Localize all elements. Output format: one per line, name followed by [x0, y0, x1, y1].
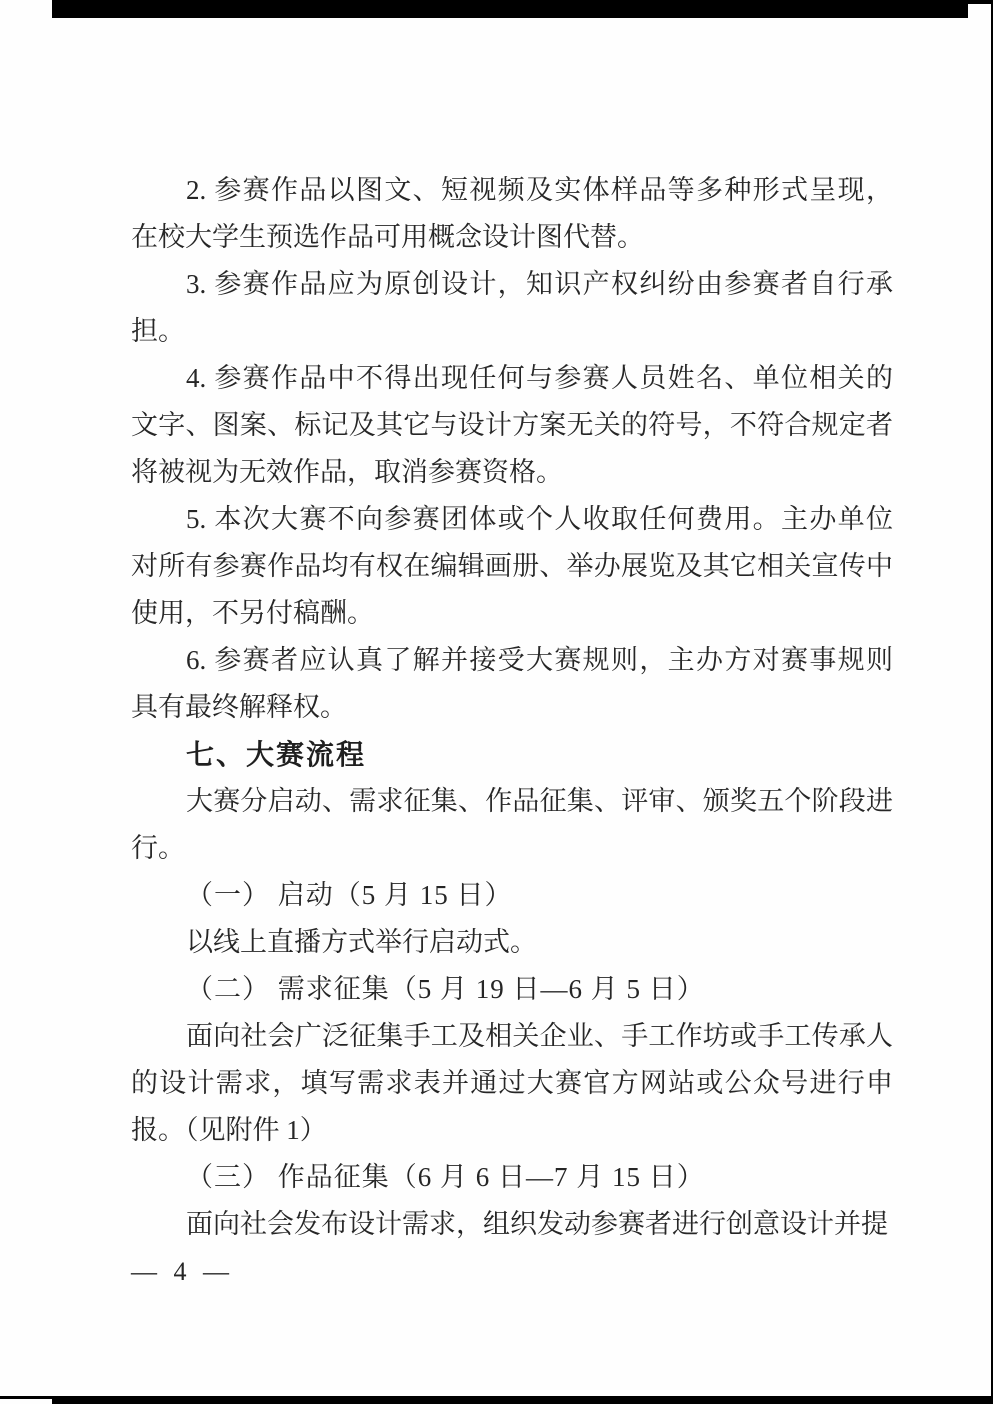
paragraph: 3. 参赛作品应为原创设计，知识产权纠纷由参赛者自行承担。 — [131, 261, 893, 355]
scan-artifact-bottom-left-line — [0, 1396, 52, 1399]
text-line: 文字、图案、标记及其它与设计方案无关的符号，不符合规定者 — [131, 402, 893, 449]
scan-artifact-top-right-strip — [968, 0, 993, 4]
scan-artifact-bottom-bar — [52, 1396, 993, 1404]
paragraph: 以线上直播方式举行启动式。 — [131, 919, 893, 966]
text-line: 2. 参赛作品以图文、短视频及实体样品等多种形式呈现， — [131, 167, 893, 214]
stage-subheading: （二） 需求征集（5 月 19 日—6 月 5 日） — [131, 966, 893, 1013]
text-line: 3. 参赛作品应为原创设计，知识产权纠纷由参赛者自行承 — [131, 261, 893, 308]
text-line: 5. 本次大赛不向参赛团体或个人收取任何费用。主办单位 — [131, 496, 893, 543]
scanned-document-page: 2. 参赛作品以图文、短视频及实体样品等多种形式呈现，在校大学生预选作品可用概念… — [0, 0, 993, 1404]
paragraph: 面向社会广泛征集手工及相关企业、手工作坊或手工传承人的设计需求，填写需求表并通过… — [131, 1013, 893, 1154]
text-line: 七、大赛流程 — [131, 731, 893, 778]
section-heading: 七、大赛流程 — [131, 731, 893, 778]
text-line: 6. 参赛者应认真了解并接受大赛规则，主办方对赛事规则 — [131, 637, 893, 684]
paragraph: 6. 参赛者应认真了解并接受大赛规则，主办方对赛事规则具有最终解释权。 — [131, 637, 893, 731]
text-line: 面向社会广泛征集手工及相关企业、手工作坊或手工传承人 — [131, 1013, 893, 1060]
text-line: 报。（见附件 1） — [131, 1107, 893, 1154]
text-line: 使用，不另付稿酬。 — [131, 590, 893, 637]
page-number: — 4 — — [131, 1252, 229, 1292]
text-line: 对所有参赛作品均有权在编辑画册、举办展览及其它相关宣传中 — [131, 543, 893, 590]
text-line: （二） 需求征集（5 月 19 日—6 月 5 日） — [131, 966, 893, 1013]
scan-artifact-top-bar — [52, 0, 968, 18]
text-line: （三） 作品征集（6 月 6 日—7 月 15 日） — [131, 1154, 893, 1201]
text-line: 行。 — [131, 825, 893, 872]
paragraph: 面向社会发布设计需求，组织发动参赛者进行创意设计并提 — [131, 1201, 893, 1248]
stage-subheading: （一） 启动（5 月 15 日） — [131, 872, 893, 919]
text-line: 具有最终解释权。 — [131, 684, 893, 731]
paragraph: 4. 参赛作品中不得出现任何与参赛人员姓名、单位相关的文字、图案、标记及其它与设… — [131, 355, 893, 496]
text-line: 4. 参赛作品中不得出现任何与参赛人员姓名、单位相关的 — [131, 355, 893, 402]
paragraph: 5. 本次大赛不向参赛团体或个人收取任何费用。主办单位对所有参赛作品均有权在编辑… — [131, 496, 893, 637]
text-line: 的设计需求，填写需求表并通过大赛官方网站或公众号进行申 — [131, 1060, 893, 1107]
text-line: 大赛分启动、需求征集、作品征集、评审、颁奖五个阶段进 — [131, 778, 893, 825]
text-line: （一） 启动（5 月 15 日） — [131, 872, 893, 919]
paragraph: 2. 参赛作品以图文、短视频及实体样品等多种形式呈现，在校大学生预选作品可用概念… — [131, 167, 893, 261]
document-body: 2. 参赛作品以图文、短视频及实体样品等多种形式呈现，在校大学生预选作品可用概念… — [131, 167, 893, 1248]
stage-subheading: （三） 作品征集（6 月 6 日—7 月 15 日） — [131, 1154, 893, 1201]
text-line: 以线上直播方式举行启动式。 — [131, 919, 893, 966]
text-line: 担。 — [131, 308, 893, 355]
text-line: 面向社会发布设计需求，组织发动参赛者进行创意设计并提 — [131, 1201, 893, 1248]
text-line: 将被视为无效作品，取消参赛资格。 — [131, 449, 893, 496]
text-line: 在校大学生预选作品可用概念设计图代替。 — [131, 214, 893, 261]
paragraph: 大赛分启动、需求征集、作品征集、评审、颁奖五个阶段进行。 — [131, 778, 893, 872]
